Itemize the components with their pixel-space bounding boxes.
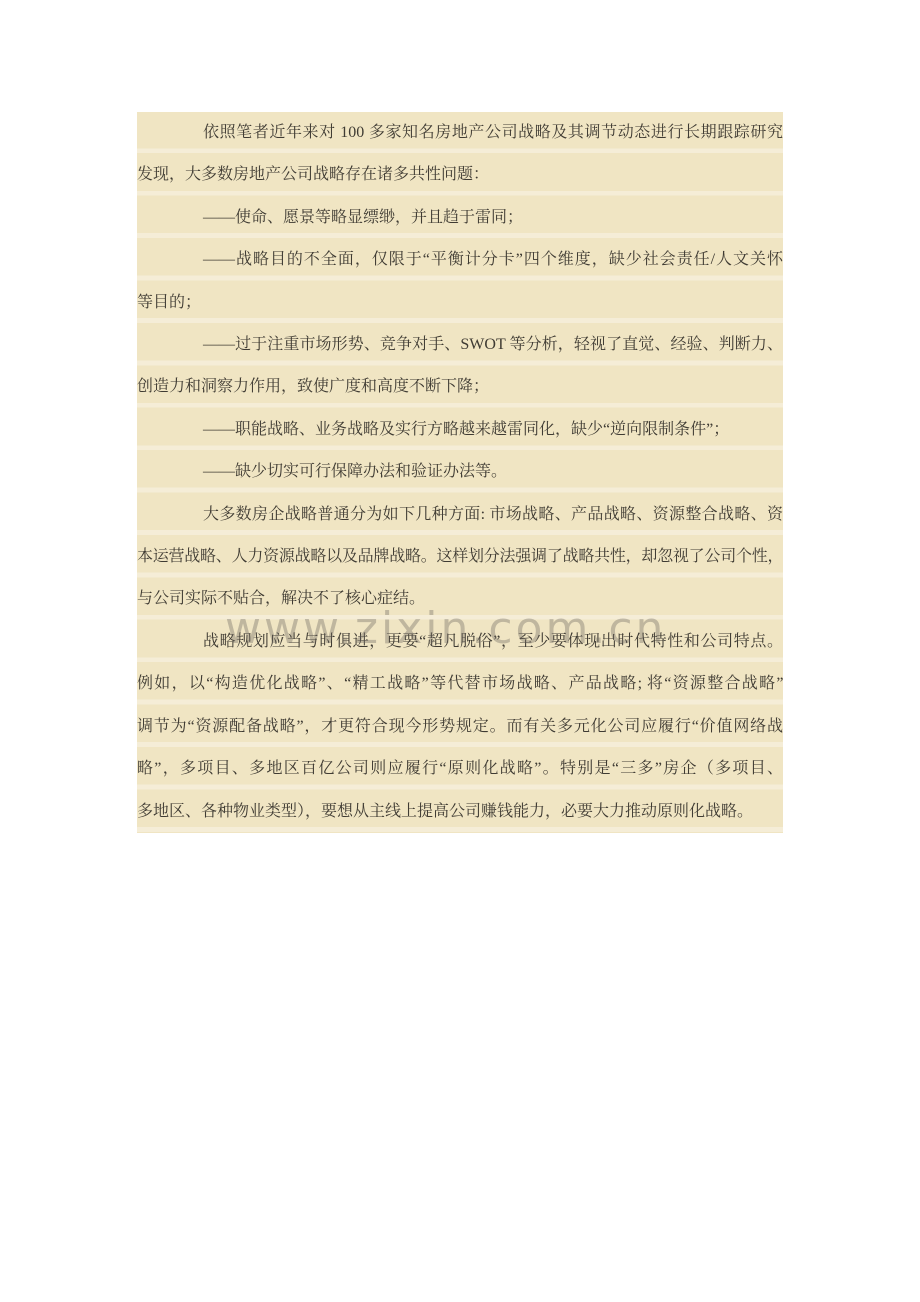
text-line: ——职能战略、业务战略及实行方略越来越雷同化，缺少“逆向限制条件”； (137, 409, 783, 451)
text-line: 本运营战略、人力资源战略以及品牌战略。这样划分法强调了战略共性，却忽视了公司个性… (137, 536, 783, 578)
text-line: 略”，多项目、多地区百亿公司则应履行“原则化战略”。特别是“三多”房企（多项目、 (137, 748, 783, 790)
text-line: ——使命、愿景等略显缥缈，并且趋于雷同； (137, 197, 783, 239)
text-line: 战略规划应当与时俱进，更要“超凡脱俗”，至少要体现出时代特性和公司特点。 (137, 621, 783, 663)
text-line: 多地区、各种物业类型），要想从主线上提高公司赚钱能力，必要大力推动原则化战略。 (137, 791, 783, 833)
text-line: ——过于注重市场形势、竞争对手、SWOT 等分析，轻视了直觉、经验、判断力、 (137, 324, 783, 366)
text-line: ——缺少切实可行保障办法和验证办法等。 (137, 451, 783, 493)
text-line: 与公司实际不贴合，解决不了核心症结。 (137, 578, 783, 620)
text-line: 调节为“资源配备战略”，才更符合现今形势规定。而有关多元化公司应履行“价值网络战 (137, 706, 783, 748)
text-line: ——战略目的不全面，仅限于“平衡计分卡”四个维度，缺少社会责任/人文关怀 (137, 239, 783, 281)
text-line: 创造力和洞察力作用，致使广度和高度不断下降； (137, 366, 783, 408)
text-line: 例如，以“构造优化战略”、“精工战略”等代替市场战略、产品战略; 将“资源整合战… (137, 663, 783, 705)
text-line: 大多数房企战略普通分为如下几种方面: 市场战略、产品战略、资源整合战略、资 (137, 494, 783, 536)
text-line: 发现，大多数房地产公司战略存在诸多共性问题： (137, 154, 783, 196)
page: { "style": { "page_background": "#ffffff… (0, 0, 920, 1302)
text-line: 等目的； (137, 282, 783, 324)
text-line: 依照笔者近年来对 100 多家知名房地产公司战略及其调节动态进行长期跟踪研究 (137, 112, 783, 154)
document-highlight-block: 依照笔者近年来对 100 多家知名房地产公司战略及其调节动态进行长期跟踪研究 发… (137, 112, 783, 833)
